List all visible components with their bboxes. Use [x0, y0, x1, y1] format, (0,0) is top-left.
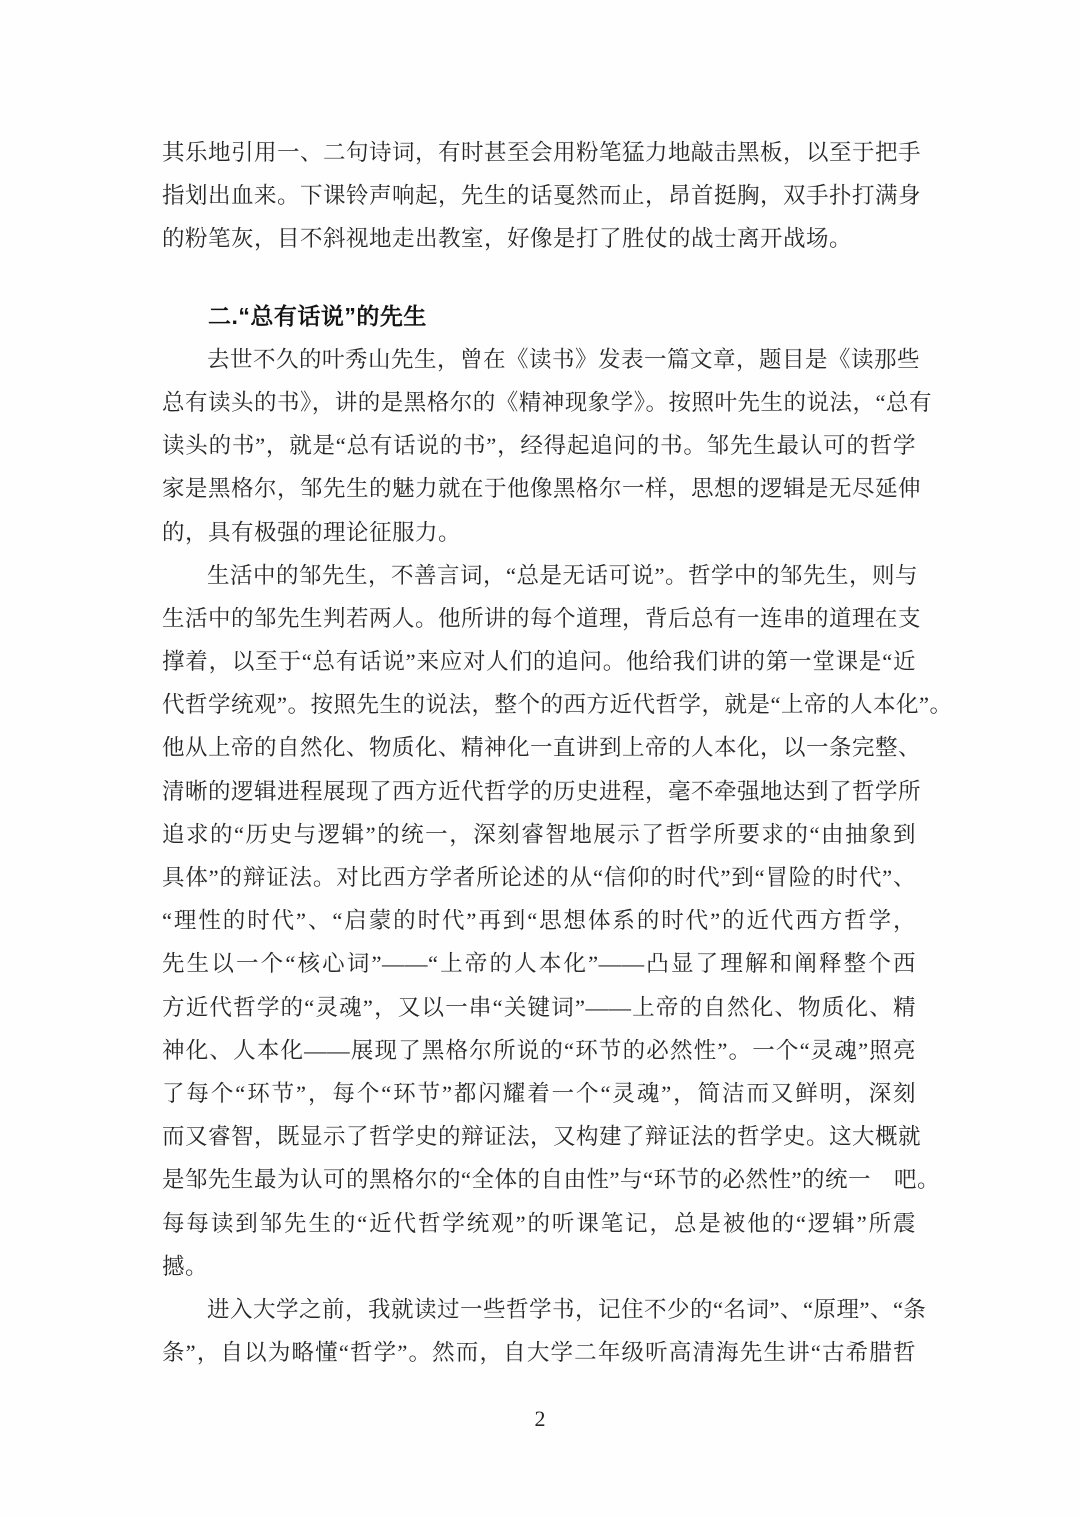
text-line: 读头的书”，就是“总有话说的书”，经得起追问的书。邹先生最认可的哲学: [162, 424, 916, 467]
text-line: 进入大学之前，我就读过一些哲学书，记住不少的“名词”、“原理”、“条: [162, 1288, 916, 1331]
text-line: 清晰的逻辑进程展现了西方近代哲学的历史进程，毫不牵强地达到了哲学所: [162, 770, 916, 813]
text-line: 是邹先生最为认可的黑格尔的“全体的自由性”与“环节的必然性”的统一 吧。: [162, 1158, 916, 1201]
paragraph: 去世不久的叶秀山先生，曾在《读书》发表一篇文章，题目是《读那些总有读头的书》，讲…: [162, 338, 916, 554]
text-line: 家是黑格尔，邹先生的魅力就在于他像黑格尔一样，思想的逻辑是无尽延伸: [162, 467, 916, 510]
text-line: 追求的“历史与逻辑”的统一，深刻睿智地展示了哲学所要求的“由抽象到: [162, 813, 916, 856]
document-page: 其乐地引用一、二句诗词，有时甚至会用粉笔猛力地敲击黑板，以至于把手指划出血来。下…: [0, 0, 1080, 1517]
text-line: 每每读到邹先生的“近代哲学统观”的听课笔记，总是被他的“逻辑”所震: [162, 1202, 916, 1245]
text-line: 而又睿智，既显示了哲学史的辩证法，又构建了辩证法的哲学史。这大概就: [162, 1115, 916, 1158]
text-line: 具体”的辩证法。对比西方学者所论述的从“信仰的时代”到“冒险的时代”、: [162, 856, 916, 899]
text-line: 生活中的邹先生，不善言词，“总是无话可说”。哲学中的邹先生，则与: [162, 554, 916, 597]
text-line: 他从上帝的自然化、物质化、精神化一直讲到上帝的人本化，以一条完整、: [162, 726, 916, 769]
text-line: 方近代哲学的“灵魂”，又以一串“关键词”——上帝的自然化、物质化、精: [162, 986, 916, 1029]
text-line: 总有读头的书》，讲的是黑格尔的《精神现象学》。按照叶先生的说法，“总有: [162, 381, 916, 424]
section-heading: 二.“总有话说”的先生: [162, 295, 916, 338]
document-body: 其乐地引用一、二句诗词，有时甚至会用粉笔猛力地敲击黑板，以至于把手指划出血来。下…: [162, 131, 916, 1374]
text-line: 生活中的邹先生判若两人。他所讲的每个道理，背后总有一连串的道理在支: [162, 597, 916, 640]
page-number: 2: [0, 1406, 1080, 1432]
text-line: 了每个“环节”，每个“环节”都闪耀着一个“灵魂”，简洁而又鲜明，深刻: [162, 1072, 916, 1115]
text-line: 条”，自以为略懂“哲学”。然而，自大学二年级听高清海先生讲“古希腊哲: [162, 1331, 916, 1374]
text-line: 去世不久的叶秀山先生，曾在《读书》发表一篇文章，题目是《读那些: [162, 338, 916, 381]
text-line: 其乐地引用一、二句诗词，有时甚至会用粉笔猛力地敲击黑板，以至于把手: [162, 131, 916, 174]
text-line: 二.“总有话说”的先生: [162, 295, 916, 338]
paragraph: 其乐地引用一、二句诗词，有时甚至会用粉笔猛力地敲击黑板，以至于把手指划出血来。下…: [162, 131, 916, 261]
text-line: 代哲学统观”。按照先生的说法，整个的西方近代哲学，就是“上帝的人本化”。: [162, 683, 916, 726]
text-line: 先生以一个“核心词”——“上帝的人本化”——凸显了理解和阐释整个西: [162, 942, 916, 985]
text-line: 撑着，以至于“总有话说”来应对人们的追问。他给我们讲的第一堂课是“近: [162, 640, 916, 683]
text-line: 的粉笔灰，目不斜视地走出教室，好像是打了胜仗的战士离开战场。: [162, 217, 916, 260]
text-line: 撼。: [162, 1245, 916, 1288]
paragraph: 进入大学之前，我就读过一些哲学书，记住不少的“名词”、“原理”、“条条”，自以为…: [162, 1288, 916, 1374]
text-line: 神化、人本化——展现了黑格尔所说的“环节的必然性”。一个“灵魂”照亮: [162, 1029, 916, 1072]
text-line: “理性的时代”、“启蒙的时代”再到“思想体系的时代”的近代西方哲学，: [162, 899, 916, 942]
text-line: 指划出血来。下课铃声响起，先生的话戛然而止，昂首挺胸，双手扑打满身: [162, 174, 916, 217]
paragraph: 生活中的邹先生，不善言词，“总是无话可说”。哲学中的邹先生，则与生活中的邹先生判…: [162, 554, 916, 1288]
text-line: 的，具有极强的理论征服力。: [162, 511, 916, 554]
